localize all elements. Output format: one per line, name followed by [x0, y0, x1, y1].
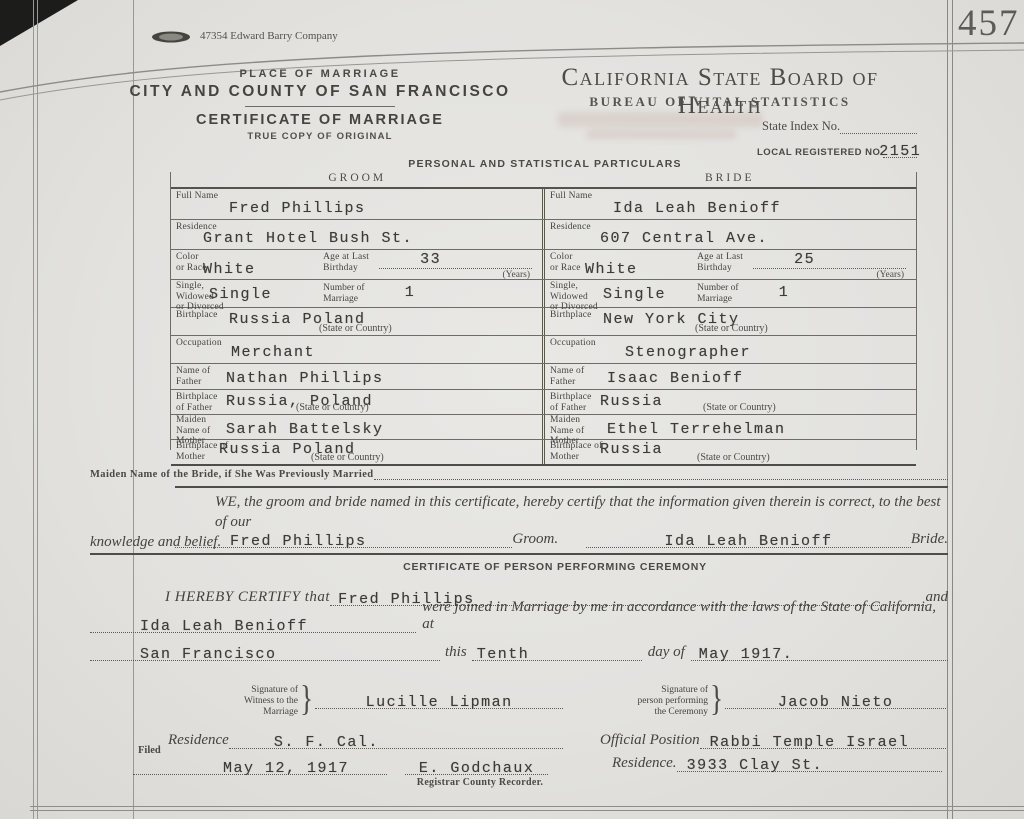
state-country-note: (State or Country)	[319, 323, 392, 334]
number-of-marriage-label: Number of Marriage	[697, 283, 738, 304]
field-label: Birthplace of Father	[550, 392, 592, 413]
right-margin-rule-outer	[952, 0, 953, 819]
bride-father-birthplace: Russia	[600, 393, 663, 410]
certificate-of-marriage-heading: CERTIFICATE OF MARRIAGE	[160, 112, 480, 128]
groom-marriage-number: 1	[405, 284, 416, 301]
particulars-table: GROOM BRIDE Full Name Fred Phillips Full…	[170, 172, 917, 450]
groom-marital-status: Single	[209, 286, 272, 303]
table-row-marital-status: Single, Widowed or Divorced Single Numbe…	[171, 280, 916, 308]
state-country-note: (State or Country)	[697, 452, 770, 463]
bride-marital-status: Single	[603, 286, 666, 303]
bride-marriage-number: 1	[779, 284, 790, 301]
officiant-signature-label: Signature of person performing the Cerem…	[578, 682, 708, 718]
registrar-title: Registrar County Recorder.	[400, 777, 560, 788]
brace-glyph: }	[710, 682, 723, 714]
certificate-scan-page: 457 47354 Edward Barry Company PLACE OF …	[0, 0, 1024, 819]
field-label: Birthplace of Father	[176, 392, 218, 413]
state-country-note: (State or Country)	[311, 452, 384, 463]
table-header-row: GROOM BRIDE	[171, 172, 916, 189]
groom-column-header: GROOM	[171, 172, 544, 187]
bride-age: 25	[794, 251, 815, 268]
official-position-value: Rabbi Temple Israel	[710, 734, 910, 751]
table-row-father-birthplace: Birthplace of Father Russia, Poland (Sta…	[171, 390, 916, 415]
bleed-through-smudge	[586, 130, 736, 139]
hereby-certify-label: I HEREBY CERTIFY that	[165, 589, 330, 606]
table-row-birthplace: Birthplace Russia Poland (State or Count…	[171, 308, 916, 336]
officiant-residence-label: Residence.	[612, 755, 677, 772]
field-label: Full Name	[176, 191, 218, 202]
section-rule	[90, 553, 948, 555]
witness-residence-label: Residence	[168, 732, 229, 749]
field-label: Birthplace of Mother	[550, 441, 602, 462]
couple-signature-row: Fred Phillips Groom. Ida Leah Benioff Br…	[175, 528, 948, 548]
ceremony-section-title: CERTIFICATE OF PERSON PERFORMING CEREMON…	[290, 561, 820, 573]
state-country-note: (State or Country)	[703, 402, 776, 413]
bottom-rule-1	[30, 806, 1024, 807]
groom-occupation: Merchant	[231, 344, 315, 361]
union-label-icon	[150, 30, 192, 44]
groom-signature-label: Groom.	[512, 531, 558, 548]
bride-mother-birthplace: Russia	[600, 441, 663, 458]
header-divider-rule	[245, 106, 395, 107]
joined-in-marriage-text: were joined in Marriage by me in accorda…	[416, 599, 948, 633]
left-margin-rule-outer	[33, 0, 34, 819]
field-label: Birthplace	[550, 310, 592, 321]
years-note: (Years)	[876, 270, 904, 280]
table-row-residence: Residence Grant Hotel Bush St. Residence…	[171, 220, 916, 250]
age-subfield: Age at Last Birthday 25 (Years)	[697, 251, 908, 279]
ceremony-line-3: San Francisco this Tenth day of May 1917…	[90, 641, 948, 661]
witness-block: Signature of Witness to the Marriage } L…	[168, 682, 563, 749]
table-row-mother-name: Maiden Name of Mother Sarah Battelsky Ma…	[171, 415, 916, 440]
officiant-name: Jacob Nieto	[778, 694, 894, 711]
table-row-full-name: Full Name Fred Phillips Full Name Ida Le…	[171, 189, 916, 220]
bride-column-header: BRIDE	[544, 172, 917, 187]
printer-mark: 47354 Edward Barry Company	[200, 30, 338, 42]
groom-residence: Grant Hotel Bush St.	[203, 230, 413, 247]
official-position-label: Official Position	[578, 732, 700, 749]
number-of-marriage-label: Number of Marriage	[323, 283, 364, 304]
groom-signature: Fred Phillips	[230, 533, 367, 550]
true-copy-subheading: TRUE COPY OF ORIGINAL	[160, 131, 480, 142]
right-margin-rule-inner	[947, 0, 948, 819]
state-index-row: State Index No.	[762, 118, 917, 134]
this-word: this	[440, 644, 472, 661]
groom-mother-name: Sarah Battelsky	[226, 421, 384, 438]
filed-date: May 12, 1917	[223, 760, 349, 777]
groom-full-name: Fred Phillips	[229, 200, 366, 217]
bride-full-name: Ida Leah Benioff	[613, 200, 781, 217]
brace-glyph: }	[300, 682, 313, 714]
ceremony-line-2: Ida Leah Benioff were joined in Marriage…	[90, 613, 948, 633]
witness-signature-label: Signature of Witness to the Marriage	[168, 682, 298, 718]
ceremony-bride-name: Ida Leah Benioff	[140, 618, 308, 635]
day-of-label: day of	[642, 644, 691, 661]
ceremony-place: San Francisco	[140, 646, 277, 663]
state-country-note: (State or Country)	[296, 402, 369, 413]
groom-father-name: Nathan Phillips	[226, 370, 384, 387]
state-index-label: State Index No.	[762, 119, 840, 134]
ceremony-day: Tenth	[477, 646, 530, 663]
section-rule	[175, 486, 948, 488]
field-label: Name of Father	[550, 366, 584, 387]
left-column-rule	[133, 0, 134, 819]
groom-color: White	[203, 261, 256, 278]
age-label: Age at Last Birthday	[697, 252, 743, 273]
groom-age: 33	[420, 251, 441, 268]
registrar-signature: E. Godchaux	[419, 760, 535, 777]
field-label: Occupation	[176, 338, 222, 349]
previous-maiden-name-blank	[374, 469, 948, 480]
table-row-mother-birthplace: Birthplace of Mother Russia Poland (Stat…	[171, 440, 916, 466]
state-country-note: (State or Country)	[695, 323, 768, 334]
dotted-rule	[379, 268, 532, 269]
years-note: (Years)	[502, 270, 530, 280]
age-label: Age at Last Birthday	[323, 252, 369, 273]
field-label: Occupation	[550, 338, 596, 349]
place-of-marriage-heading: PLACE OF MARRIAGE	[160, 68, 480, 80]
officiant-residence-value: 3933 Clay St.	[687, 757, 824, 774]
age-subfield: Age at Last Birthday 33 (Years)	[323, 251, 534, 279]
filed-row: May 12, 1917 E. Godchaux	[133, 755, 548, 775]
left-margin-rule-inner	[37, 0, 38, 819]
bride-signature: Ida Leah Benioff	[665, 533, 833, 550]
bride-signature-label: Bride.	[911, 531, 948, 548]
local-registered-label: LOCAL REGISTERED NO.	[757, 147, 883, 158]
field-label: Name of Father	[176, 366, 210, 387]
state-board-heading: California State Board of Health	[520, 64, 920, 120]
bride-father-name: Isaac Benioff	[607, 370, 744, 387]
field-label: Full Name	[550, 191, 592, 202]
bride-residence: 607 Central Ave.	[600, 230, 768, 247]
previous-maiden-name-row: Maiden Name of the Bride, if She Was Pre…	[90, 466, 948, 480]
officiant-block: Signature of person performing the Cerem…	[578, 682, 946, 749]
table-row-father-name: Name of Father Nathan Phillips Name of F…	[171, 364, 916, 390]
bride-color: White	[585, 261, 638, 278]
table-row-color-age: Color or Race White Age at Last Birthday…	[171, 250, 916, 280]
local-registered-row: LOCAL REGISTERED NO. 2151	[757, 140, 917, 158]
field-label: Birthplace	[176, 310, 218, 321]
city-county-heading: CITY AND COUNTY OF SAN FRANCISCO	[125, 83, 515, 101]
bride-mother-name: Ethel Terrehelman	[607, 421, 786, 438]
witness-residence-value: S. F. Cal.	[274, 734, 379, 751]
state-index-blank	[840, 121, 917, 134]
officiant-residence-row: Residence. 3933 Clay St.	[612, 752, 942, 772]
previous-maiden-name-label: Maiden Name of the Bride, if She Was Pre…	[90, 469, 374, 480]
dotted-rule	[753, 268, 906, 269]
page-number: 457	[958, 2, 1020, 45]
certification-line-1: WE, the groom and bride named in this ce…	[90, 492, 948, 532]
witness-name: Lucille Lipman	[366, 694, 513, 711]
field-label: Color or Race	[550, 252, 581, 273]
ceremony-date: May 1917.	[699, 646, 794, 663]
bottom-rule-2	[30, 810, 1024, 811]
table-row-occupation: Occupation Merchant Occupation Stenograp…	[171, 336, 916, 364]
field-label: Residence	[550, 222, 591, 233]
local-registered-value: 2151	[879, 143, 921, 160]
bureau-subheading: BUREAU OF VITAL STATISTICS	[520, 94, 920, 110]
particulars-title: PERSONAL AND STATISTICAL PARTICULARS	[290, 158, 800, 170]
bride-occupation: Stenographer	[625, 344, 751, 361]
